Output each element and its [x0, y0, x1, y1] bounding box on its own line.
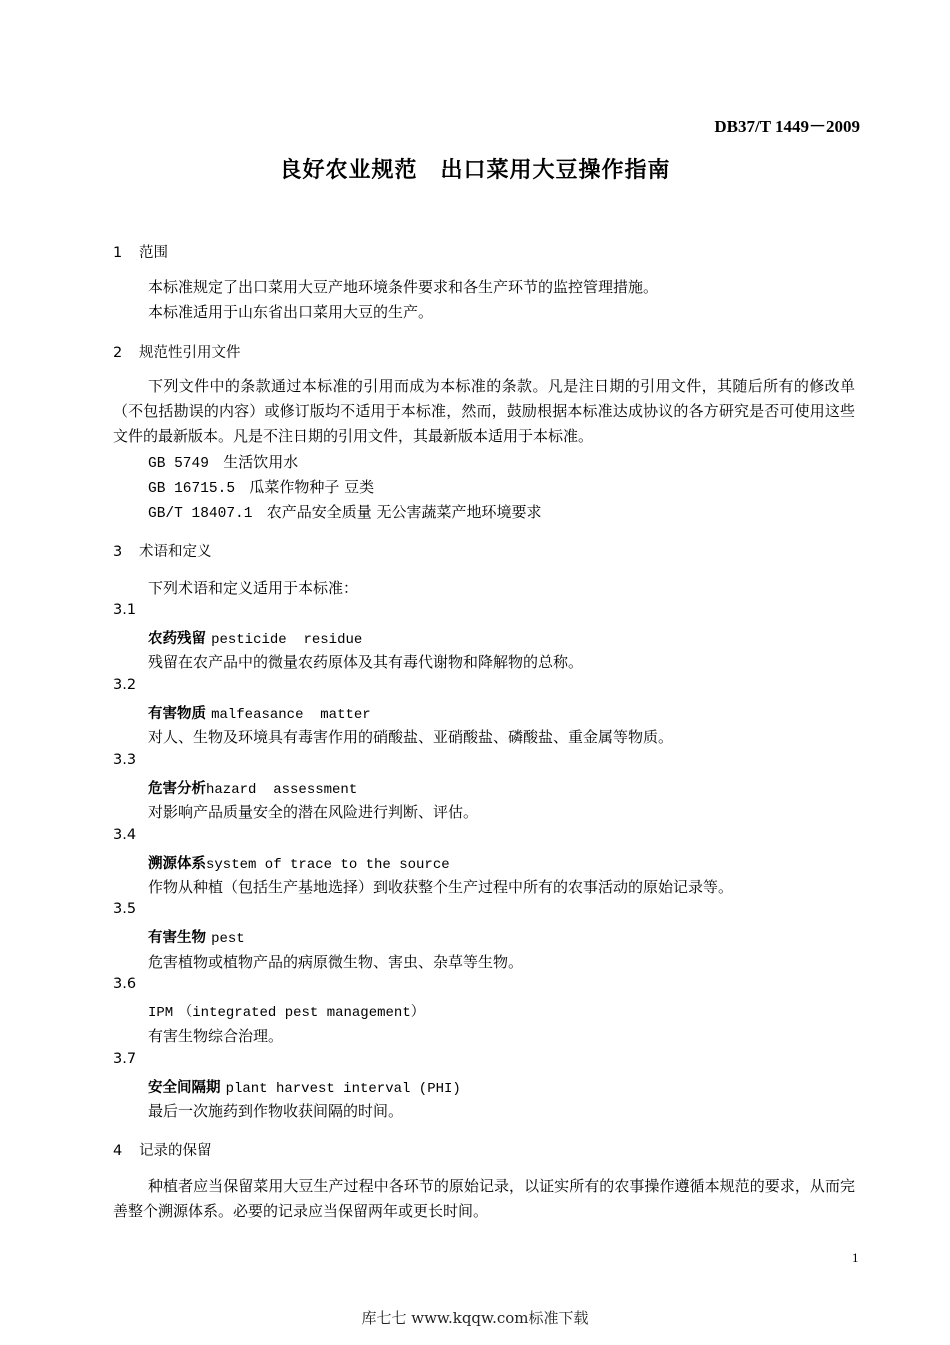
term-definition: 最后一次施药到作物收获间隔的时间。 — [148, 1100, 403, 1121]
term-number: 3.4 — [113, 827, 136, 843]
section-4-heading: 4记录的保留 — [113, 1139, 212, 1160]
section-number: 2 — [113, 345, 139, 361]
term-name: 有害生物 pest — [148, 926, 245, 947]
document-title: 良好农业规范 出口菜用大豆操作指南 — [0, 153, 950, 184]
terms-intro: 下列术语和定义适用于本标准： — [148, 577, 358, 598]
section-title: 规范性引用文件 — [139, 345, 241, 361]
term-number: 3.3 — [113, 752, 136, 768]
term-number: 3.2 — [113, 677, 136, 693]
term-en: malfeasance matter — [211, 707, 371, 723]
term-en: （integrated pest management） — [178, 1005, 424, 1021]
section-title: 范围 — [139, 245, 168, 261]
term-en: plant harvest interval (PHI) — [226, 1081, 461, 1097]
term-zh: 有害物质 — [148, 706, 206, 722]
scope-line-2: 本标准适用于山东省出口菜用大豆的生产。 — [148, 301, 433, 322]
reference-code: GB/T 18407.1 — [148, 506, 252, 522]
reference-item: GB 5749 生活饮用水 — [148, 451, 298, 472]
reference-code: GB 5749 — [148, 456, 209, 472]
section-3-heading: 3术语和定义 — [113, 540, 212, 561]
section-1-heading: 1范围 — [113, 241, 168, 262]
page-number: 1 — [852, 1250, 859, 1266]
section-number: 1 — [113, 245, 139, 261]
term-zh: 安全间隔期 — [148, 1080, 221, 1096]
term-definition: 残留在农产品中的微量农药原体及其有毒代谢物和降解物的总称。 — [148, 651, 583, 672]
normative-references-paragraph: 下列文件中的条款通过本标准的引用而成为本标准的条款。凡是注日期的引用文件，其随后… — [113, 374, 855, 449]
reference-item: GB/T 18407.1 农产品安全质量 无公害蔬菜产地环境要求 — [148, 501, 542, 522]
term-name: 安全间隔期 plant harvest interval (PHI) — [148, 1076, 461, 1097]
reference-title: 生活饮用水 — [223, 453, 298, 471]
term-zh: 溯源体系 — [148, 856, 206, 872]
term-definition: 对人、生物及环境具有毒害作用的硝酸盐、亚硝酸盐、磷酸盐、重金属等物质。 — [148, 726, 673, 747]
term-definition: 危害植物或植物产品的病原微生物、害虫、杂草等生物。 — [148, 951, 523, 972]
section-number: 3 — [113, 544, 139, 560]
reference-item: GB 16715.5 瓜菜作物种子 豆类 — [148, 476, 374, 497]
term-number: 3.6 — [113, 976, 136, 992]
term-en: pest — [211, 931, 245, 947]
term-number: 3.1 — [113, 602, 136, 618]
term-name: 农药残留 pesticide residue — [148, 627, 362, 648]
term-zh: IPM — [148, 1005, 173, 1021]
term-name: IPM （integrated pest management） — [148, 1001, 425, 1021]
reference-code: GB 16715.5 — [148, 481, 235, 497]
term-zh: 有害生物 — [148, 930, 206, 946]
term-number: 3.5 — [113, 901, 136, 917]
record-retention-paragraph: 种植者应当保留菜用大豆生产过程中各环节的原始记录，以证实所有的农事操作遵循本规范… — [113, 1174, 855, 1224]
term-en: system of trace to the source — [206, 857, 450, 873]
section-2-heading: 2规范性引用文件 — [113, 341, 241, 362]
reference-title: 瓜菜作物种子 豆类 — [249, 478, 374, 496]
term-name: 危害分析hazard assessment — [148, 777, 357, 798]
term-number: 3.7 — [113, 1051, 136, 1067]
document-page: DB37/T 1449－2009 良好农业规范 出口菜用大豆操作指南 1范围 本… — [0, 0, 950, 1345]
reference-title: 农产品安全质量 无公害蔬菜产地环境要求 — [267, 503, 542, 521]
term-name: 溯源体系system of trace to the source — [148, 852, 450, 873]
term-zh: 危害分析 — [148, 781, 206, 797]
term-definition: 作物从种植（包括生产基地选择）到收获整个生产过程中所有的农事活动的原始记录等。 — [148, 876, 733, 897]
section-title: 记录的保留 — [139, 1143, 212, 1159]
term-name: 有害物质 malfeasance matter — [148, 702, 371, 723]
footer-watermark: 库七七 www.kqqw.com标准下载 — [0, 1307, 950, 1328]
term-en: hazard assessment — [206, 782, 357, 798]
section-number: 4 — [113, 1143, 139, 1159]
term-definition: 对影响产品质量安全的潜在风险进行判断、评估。 — [148, 801, 478, 822]
term-definition: 有害生物综合治理。 — [148, 1025, 283, 1046]
scope-line-1: 本标准规定了出口菜用大豆产地环境条件要求和各生产环节的监控管理措施。 — [148, 276, 658, 297]
section-title: 术语和定义 — [139, 544, 212, 560]
term-zh: 农药残留 — [148, 631, 206, 647]
standard-code: DB37/T 1449－2009 — [714, 112, 860, 137]
term-en: pesticide residue — [211, 632, 362, 648]
